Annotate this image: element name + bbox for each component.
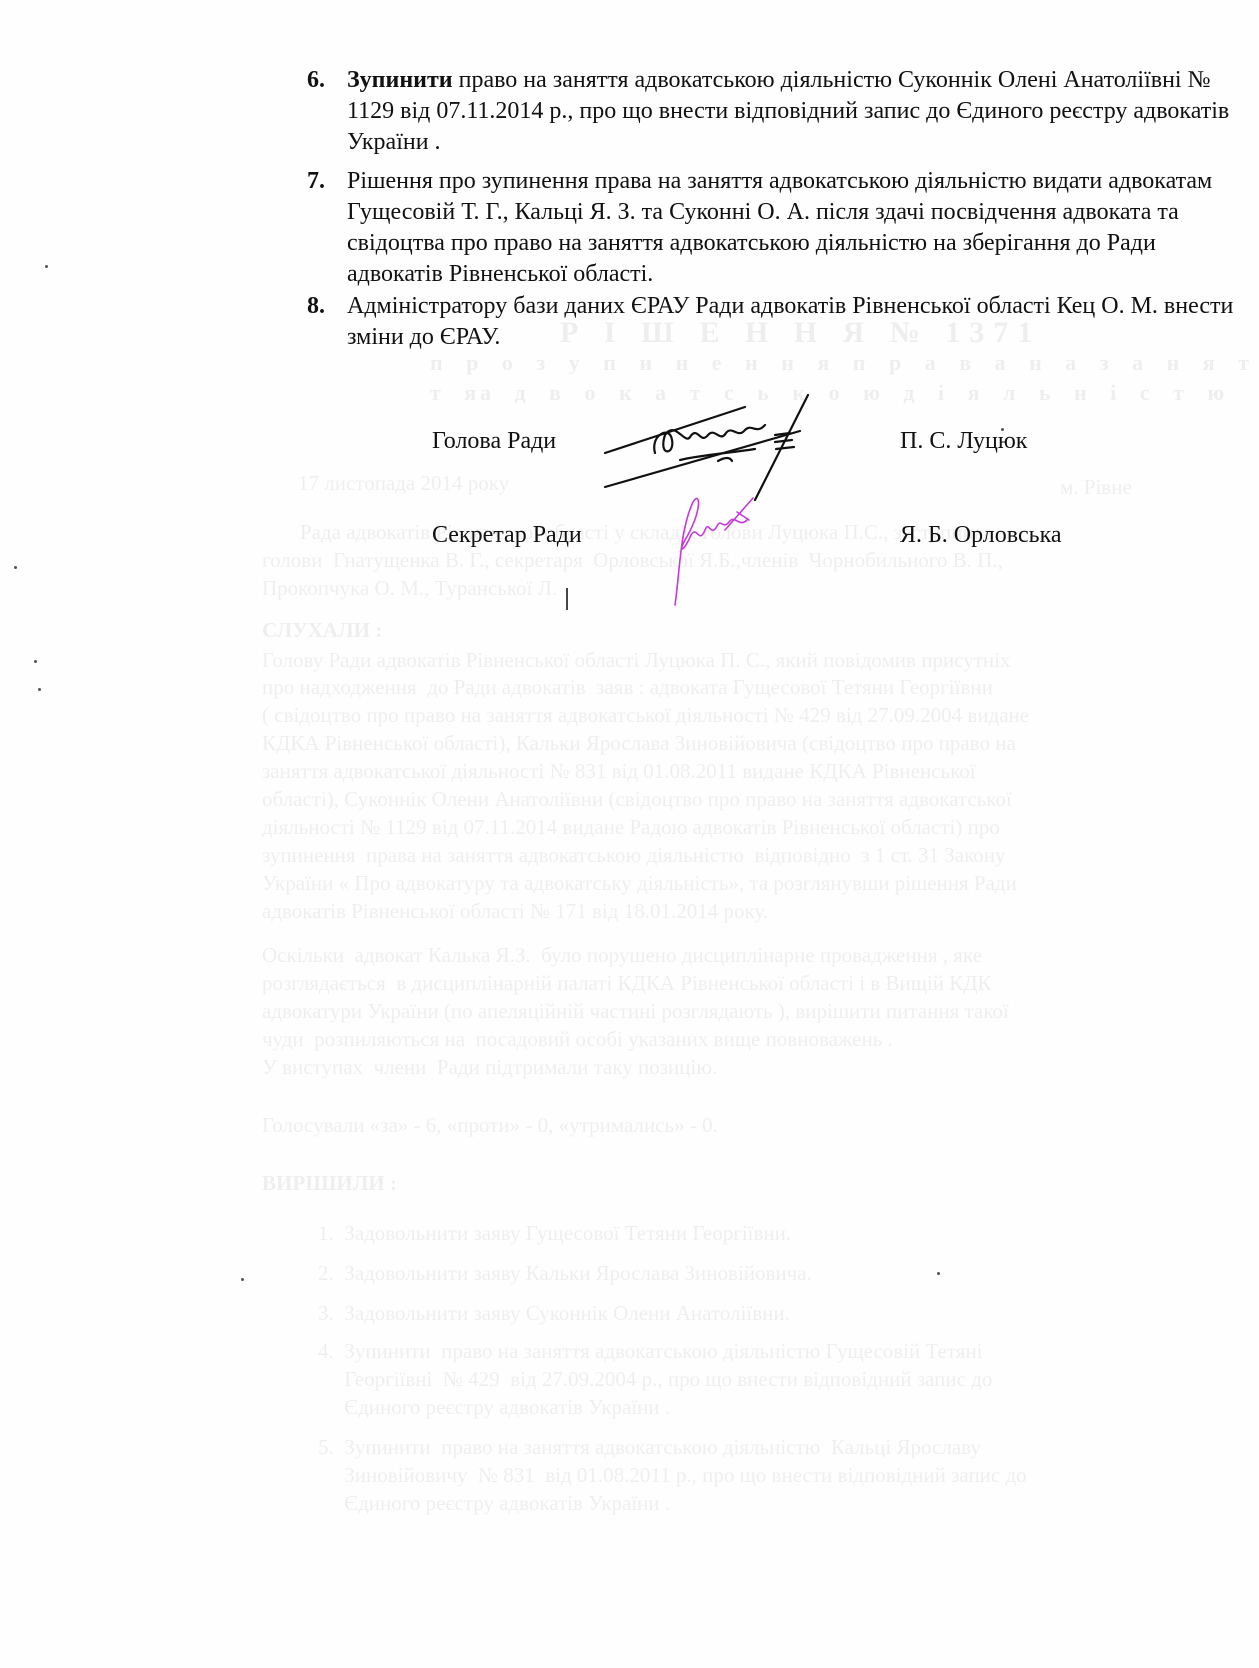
bleed-line: діяльності № 1129 від 07.11.2014 видане …	[262, 812, 1000, 842]
bleed-line: голови Гнатущенка В. Г., секретаря Орлов…	[262, 545, 1003, 575]
bleed-line: Рада адвокатів Рівненської області у скл…	[300, 517, 993, 547]
bleed-line: України « Про адвокатуру та адвокатську …	[262, 868, 1017, 898]
item-number: 7.	[307, 166, 325, 197]
item-number: 6.	[307, 65, 325, 96]
margin-dot	[1001, 428, 1004, 431]
bleed-line: зупинення права на заняття адвокатською …	[262, 840, 1005, 870]
item-body: Адміністратору бази даних ЄРАУ Ради адво…	[347, 293, 1233, 350]
bleed-line: адвокатури України (по апеляційній части…	[262, 996, 1009, 1026]
item-text: Зупинити право на заняття адвокатською д…	[347, 65, 1237, 158]
item-body: Рішення про зупинення права на заняття а…	[347, 168, 1212, 287]
bleed-line: У виступах члени Ради підтримали таку по…	[262, 1052, 717, 1082]
item-text: Адміністратору бази даних ЄРАУ Ради адво…	[347, 291, 1237, 353]
margin-dot	[45, 265, 48, 268]
bleed-line: адвокатів Рівненської області № 171 від …	[262, 896, 768, 926]
item-bold-lead: Зупинити	[347, 67, 453, 93]
bleed-line: Зиновійовичу № 831 від 01.08.2011 р., пр…	[318, 1460, 1027, 1490]
bleed-line: 4. Зупинити право на заняття адвокатсько…	[318, 1336, 983, 1366]
bleed-line: Єдиного реєстру адвокатів України .	[318, 1392, 670, 1422]
secretary-signature	[655, 490, 775, 610]
margin-dot	[14, 566, 17, 569]
signature-name-secretary: Я. Б. Орловська	[900, 522, 1062, 549]
margin-dot	[241, 1278, 244, 1281]
bleed-line: Голосували «за» - 6, «проти» - 0, «утрим…	[262, 1110, 718, 1140]
signature-role-secretary: Секретар Ради	[432, 522, 582, 549]
bleed-line: про надходження до Ради адвокатів заяв :…	[262, 672, 993, 702]
item-text: Рішення про зупинення права на заняття а…	[347, 166, 1237, 290]
margin-dot	[937, 1272, 940, 1275]
bleed-line: заняття адвокатської діяльності № 831 ві…	[262, 756, 976, 786]
item-number: 8.	[307, 291, 325, 322]
bleed-line: Георгіївні № 429 від 27.09.2004 р., про …	[318, 1364, 992, 1394]
bleed-line: Оскільки адвокат Калька Я.З. було поруше…	[262, 940, 982, 970]
margin-dot	[38, 688, 41, 691]
item-body: право на заняття адвокатською діяльністю…	[347, 67, 1229, 155]
signature-name-chair: П. С. Луцюк	[900, 428, 1027, 455]
bleed-line: 1. Задовольнити заяву Гущесової Тетяни Г…	[318, 1218, 791, 1248]
bleed-line: ВИРІШИЛИ :	[262, 1168, 397, 1198]
bleed-line: чуди розпиляються на посадовий особі ука…	[262, 1024, 893, 1054]
bleed-line: Прокопчука О. М., Туранської Л.	[262, 573, 557, 603]
bleed-line: 5. Зупинити право на заняття адвокатсько…	[318, 1432, 981, 1462]
signature-role-chair: Голова Ради	[432, 428, 556, 455]
chair-signature	[580, 395, 860, 505]
bleed-line: СЛУХАЛИ :	[262, 615, 382, 645]
bleed-line: 2. Задовольнити заяву Кальки Ярослава Зи…	[318, 1258, 812, 1288]
bleed-line: Єдиного реєстру адвокатів України .	[318, 1488, 670, 1518]
bleed-line: КДКА Рівненської області), Кальки Яросла…	[262, 728, 1016, 758]
bleed-line: 17 листопада 2014 року	[298, 468, 509, 498]
margin-dot	[34, 660, 37, 663]
bleed-line: м. Рівне	[1060, 472, 1132, 502]
bleed-line: Голову Ради адвокатів Рівненської област…	[262, 645, 1010, 675]
stray-mark	[566, 588, 568, 610]
bleed-line: 3. Задовольнити заяву Суконнік Олени Ана…	[318, 1298, 790, 1328]
bleed-line: ( свідоцтво про право на заняття адвокат…	[262, 700, 1029, 730]
bleed-line: області), Суконнік Олени Анатоліївни (св…	[262, 784, 1012, 814]
bleed-line: розглядається в дисциплінарній палаті КД…	[262, 968, 992, 998]
